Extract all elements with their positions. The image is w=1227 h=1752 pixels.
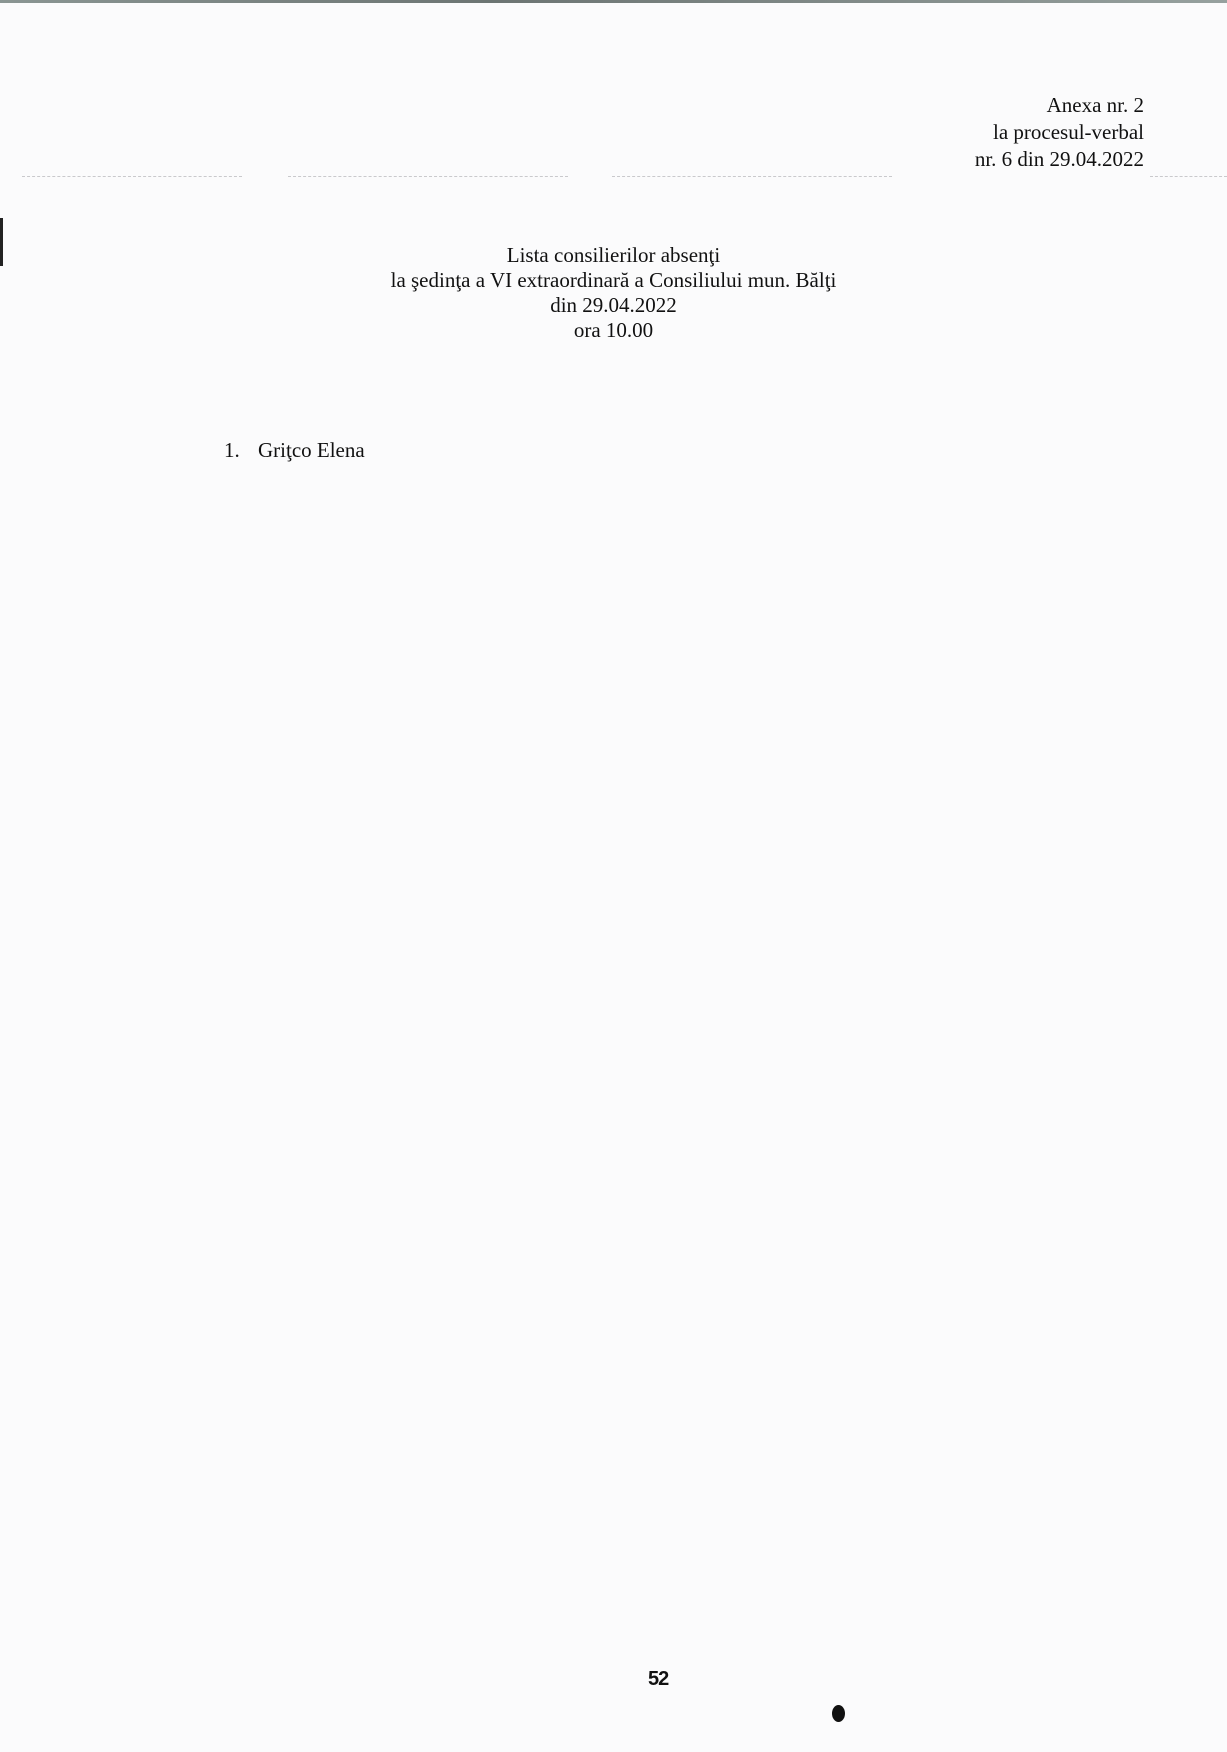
page-number: 52 [648, 1668, 668, 1691]
list-item-number: 1. [224, 437, 258, 463]
annex-reference: la procesul-verbal [975, 119, 1144, 146]
annex-number: Anexa nr. 2 [975, 92, 1144, 119]
annex-header: Anexa nr. 2 la procesul-verbal nr. 6 din… [975, 92, 1144, 173]
title-line: Lista consilierilor absenţi [0, 243, 1227, 268]
scan-artifact-line [288, 176, 568, 177]
ink-dot-mark [832, 1705, 845, 1722]
list-item-name: Griţco Elena [258, 438, 365, 462]
title-time: ora 10.00 [0, 318, 1227, 343]
title-date: din 29.04.2022 [0, 293, 1227, 318]
scan-artifact-line [22, 176, 242, 177]
annex-minutes-number-date: nr. 6 din 29.04.2022 [975, 146, 1144, 173]
list-item: 1.Griţco Elena [224, 437, 365, 463]
absent-councillors-list: 1.Griţco Elena [224, 437, 365, 463]
scan-artifact-line [612, 176, 892, 177]
title-line: la şedinţa a VI extraordinară a Consiliu… [0, 268, 1227, 293]
document-title: Lista consilierilor absenţi la şedinţa a… [0, 243, 1227, 343]
scan-top-edge [0, 0, 1227, 3]
scan-artifact-line [1150, 176, 1227, 177]
